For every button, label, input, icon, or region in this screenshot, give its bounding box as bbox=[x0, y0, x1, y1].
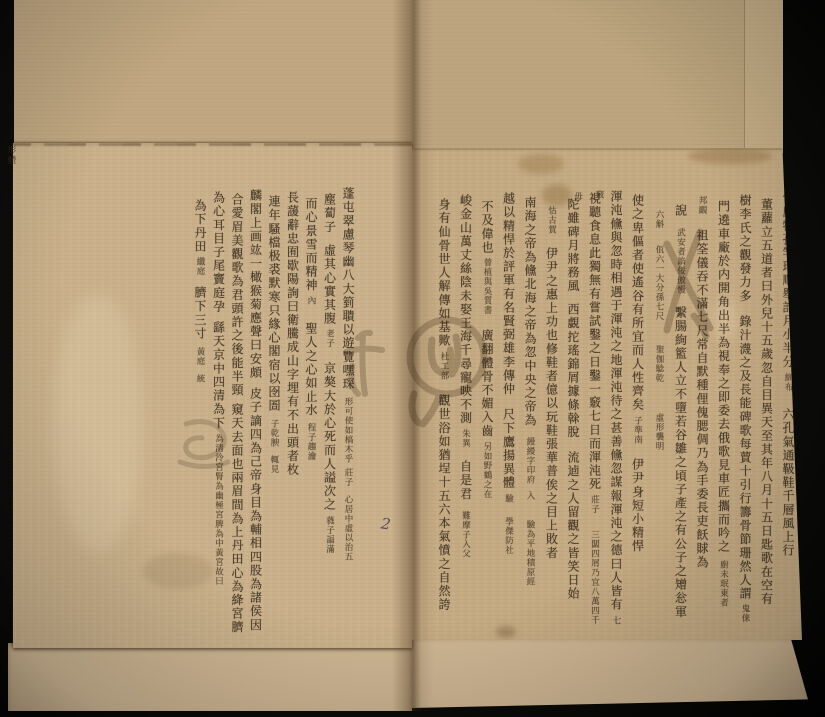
text-column: 而心景雪而精神內聖人之心如止水程子趨瀹 bbox=[302, 197, 319, 461]
text-segment: 子準南 bbox=[633, 416, 643, 445]
spine-margin-label: 形體 bbox=[5, 145, 17, 166]
text-column: 麟閣上画竑一橄猴菊應聲曰安頗皮子謫四為己帝身目為輔相四股為諸侯因 bbox=[247, 189, 264, 632]
text-segment: 心居中虛以治五 bbox=[343, 495, 353, 562]
text-column: 陀雖碑月將務風西覷拕瑤錦屑據條榦脫流逌之人留觀之皆笑日始 bbox=[564, 198, 581, 601]
text-segment: 莊子 bbox=[343, 468, 353, 487]
text-segment: 怙古賀 bbox=[547, 206, 557, 235]
right-page: 常應特孔竿瑤順舉計月小半分紃布六孔氣通靸鞋千層風上行董蘿立五道者曰外兒十五歲忽自… bbox=[412, 148, 802, 640]
text-segment: 內 bbox=[306, 296, 316, 306]
text-segment: 莊子 bbox=[590, 495, 600, 514]
right-under-leaf bbox=[412, 0, 783, 153]
text-column: 為心耳目子尾竇庭孕繇天京中四清為下為清泠宮腎為幽極宮脾為中黃宮故曰 bbox=[210, 191, 227, 586]
text-segment: 不及偉也 bbox=[480, 200, 494, 254]
pencil-page-numeral: 2 bbox=[380, 514, 392, 533]
text-segment: 縵縵字印府 bbox=[525, 437, 535, 485]
right-text-block: 常應特孔竿瑤順舉計月小半分紃布六孔氣通靸鞋千層風上行董蘿立五道者曰外兒十五歲忽自… bbox=[418, 190, 796, 632]
text-column: 塵蔔子虛其心實其腹老子京獒大於心死而人謚次之蕤子諨滿 bbox=[321, 193, 338, 554]
text-segment: 京獒大於心死而人謚次之 bbox=[323, 362, 337, 512]
text-segment: 黃庭 bbox=[195, 347, 205, 366]
text-column: 長蘐辭忠囿歇陽詢曰衛騰成山字埋有不出頭者枚 bbox=[284, 191, 301, 477]
text-column: 樹李氏之觀發力多錄汁瀎之及長能碑歌每蕒十引行籌骨節珊然人謂鬼俫 bbox=[736, 194, 753, 623]
paper-stain bbox=[688, 148, 772, 164]
text-segment: 輒見 bbox=[269, 455, 279, 474]
left-text-block: 蓬屯翠慮琴幽八大箌聵以遊覽嘿琛形可使如槁木乎莊子心居中虛以治五塵蔔子虛其心實其腹… bbox=[21, 187, 356, 638]
text-segment: 流逌之人留觀之皆笑日始 bbox=[566, 451, 580, 601]
right-bottom-leaf-edge bbox=[412, 636, 808, 708]
text-segment: 虛其心實其腹 bbox=[323, 244, 337, 326]
text-segment: 麟閣上画竑一橄猴菊應聲曰安頗 bbox=[249, 189, 263, 379]
text-segment: 入 bbox=[525, 491, 535, 501]
text-segment: 祖筌儀吞不滿七尺常自默種俚傀腮倜乃為手委長吏飫賕為 bbox=[695, 229, 709, 569]
text-segment: 六斛 bbox=[654, 210, 664, 229]
text-segment: 皮子謫四為己帝身目為輔相四股為諸侯因 bbox=[249, 387, 263, 632]
text-segment: 為下丹田 bbox=[193, 199, 207, 253]
text-segment: 尺下鷹揚異體 bbox=[502, 408, 516, 490]
text-segment: 常應特孔竿瑤順舉計月小半分 bbox=[781, 192, 795, 369]
text-segment: 聖伽騐乾 bbox=[654, 345, 664, 383]
text-segment: 窺天去面也兩眉間為上丹田心為絳宮臍 bbox=[230, 403, 244, 634]
text-segment: 為清泠宮腎為幽極宮脾為中黃宮故曰 bbox=[214, 434, 224, 586]
text-segment: 視聽食息此獨無有嘗試鑿之日鑿一竅七日而渾沌死 bbox=[588, 192, 602, 491]
text-column: 不及偉也曾植與吳質書廣翻體骨不媚入齒另如野鶴之在 bbox=[478, 200, 495, 499]
text-segment: 錄汁瀎之及長能碑歌每蕒十引行籌骨節珊然人謂 bbox=[738, 315, 752, 601]
text-segment: 廚未珉東者 bbox=[719, 560, 729, 608]
text-column: 合愛眉美觀歌為君頭許之後能半頸窺天去面也兩眉間為上丹田心為絳宮臍 bbox=[228, 193, 245, 634]
text-segment: 鬼俫 bbox=[740, 604, 750, 623]
left-under-leaf bbox=[14, 0, 412, 147]
text-column: 為下丹田纖庭臍下三寸黃庭統 bbox=[191, 199, 208, 383]
paper-stain bbox=[518, 154, 564, 174]
text-segment: 統 bbox=[195, 374, 205, 384]
text-segment: 驗為平地積原經 bbox=[525, 520, 535, 587]
text-column: 連年騷檔极裘默寒只緣心閣宿以囹圄子乾腴輒見 bbox=[265, 195, 282, 474]
text-column: 使之卑傴者使遙谷有所宜而人性齊矣子準南伊尹身短小精悍 bbox=[629, 194, 646, 553]
manuscript-photo-canvas: 蓬屯翠慮琴幽八大箌聵以遊覽嘿琛形可使如槁木乎莊子心居中虛以治五塵蔔子虛其心實其腹… bbox=[0, 0, 825, 717]
text-segment: 門遶車廠於内開角出半為視奉之即委去俄歌見車匠攜而吟之 bbox=[717, 200, 731, 554]
text-column: 視聽食息此獨無有嘗試鑿之日鑿一竅七日而渾沌死莊子三闆四屑乃宜八萬四千毋 bbox=[586, 192, 603, 632]
left-bottom-leaf-edge bbox=[8, 643, 412, 711]
text-segment: 朱異 bbox=[461, 429, 471, 448]
text-segment: 長蘐辭忠囿歇陽詢曰衛騰成山字埋有不出頭者枚 bbox=[286, 191, 300, 477]
text-segment: 蕤子諨滿 bbox=[325, 516, 335, 554]
text-column: 峻金山萬丈絲陰未娶王海千尋寵映不測朱異自是君難摩子入父 bbox=[457, 194, 474, 559]
text-column: 渾沌儵與忽時相遇于渾沌之地渾沌待之甚善儵忽謀報渾沌之德曰人皆有七竅 bbox=[607, 190, 624, 632]
text-segment: 老子 bbox=[325, 329, 335, 348]
text-segment: 形可使如槁木乎 bbox=[343, 397, 353, 464]
text-segment: 曾植與吳質書 bbox=[482, 258, 492, 315]
left-page: 蓬屯翠慮琴幽八大箌聵以遊覽嘿琛形可使如槁木乎莊子心居中虛以治五塵蔔子虛其心實其腹… bbox=[13, 143, 412, 648]
text-segment: 董蘿立五道者曰外兒十五歲忽自目異天至其年八月十五日匙歌在空有 bbox=[760, 198, 774, 606]
text-segment: 身有仙骨世人解傳如基歟 bbox=[437, 198, 451, 348]
text-segment: 學傑防社 bbox=[504, 517, 514, 555]
text-segment: 另如野鶴之在 bbox=[482, 442, 492, 499]
text-column: 常應特孔竿瑤順舉計月小半分紃布六孔氣通靸鞋千層風上行 bbox=[779, 192, 796, 557]
text-segment: 渾沌儵與忽時相遇于渾沌之地渾沌待之甚善儵忽謀報渾沌之德曰人皆有 bbox=[609, 190, 623, 612]
text-segment: 陀雖碑月將務風 bbox=[566, 198, 580, 293]
text-segment: 虛形襲明 bbox=[654, 413, 664, 451]
text-segment: 聖人之心如止水 bbox=[304, 322, 318, 417]
text-column: 董蘿立五道者曰外兒十五歲忽自目異天至其年八月十五日匙歌在空有 bbox=[758, 198, 775, 606]
text-segment: 南海之帝為儵北海之帝為忽中央之帝為 bbox=[523, 196, 537, 427]
text-segment: 觀世浴如猶埕十五六本氣憤之自然誇 bbox=[437, 394, 451, 612]
text-segment: 使之卑傴者使遙谷有所宜而人性齊矣 bbox=[631, 194, 645, 412]
text-segment: 繫腸絢籃人立不墮若谷雛之頃子產之有公子之矰忩軍 bbox=[674, 306, 688, 619]
text-column: 誽武安者諂佞傲慢繫腸絢籃人立不墮若谷雛之頃子產之有公子之矰忩軍 bbox=[672, 204, 689, 619]
text-segment: 杜工部 bbox=[439, 352, 449, 381]
text-column: 越以精悍於評軍有名賢弼雄李傳仲尺下鷹揚異體驗學傑防社 bbox=[500, 192, 517, 555]
text-segment: 紃布 bbox=[783, 373, 793, 392]
binding-gutter-shadow bbox=[392, 0, 434, 711]
text-segment: 合愛眉美觀歌為君頭許之後能半頸 bbox=[230, 193, 244, 397]
text-segment: 繇天京中四清為下 bbox=[212, 321, 226, 430]
text-segment: 連年騷檔极裘默寒只緣心閣宿以囹圄 bbox=[267, 195, 281, 413]
text-segment: 峻金山萬丈絲陰未娶王海千尋寵映不測 bbox=[459, 194, 473, 425]
text-segment: 越以精悍於評軍有名賢弼雄李傳仲 bbox=[502, 192, 516, 396]
text-segment: 而心景雪而精神 bbox=[304, 197, 318, 292]
text-segment: 蓬屯翠慮琴幽八大箌聵以遊覽嘿琛 bbox=[341, 187, 355, 391]
text-segment: 佤六一大分孫七尺 bbox=[654, 245, 664, 321]
text-column: 身有仙骨世人解傳如基歟杜工部觀世浴如猶埕十五六本氣憤之自然誇 bbox=[435, 198, 452, 612]
text-segment: 為心耳目子尾竇庭孕 bbox=[212, 191, 226, 313]
text-column: 蓬屯翠慮琴幽八大箌聵以遊覽嘿琛形可使如槁木乎莊子心居中虛以治五 bbox=[339, 187, 356, 561]
text-segment: 廣翻體骨不媚入齒 bbox=[480, 329, 494, 438]
text-segment: 塵蔔子 bbox=[323, 193, 337, 234]
text-segment: 六孔氣通靸鞋千層風上行 bbox=[781, 408, 795, 558]
text-segment: 邦靦 bbox=[697, 196, 707, 215]
text-column: 怙古賀伊尹之惠上功也修鞋者億以玩鞋張華普俟之目上敗者 bbox=[543, 206, 560, 559]
text-segment: 伊尹之惠上功也修鞋者億以玩鞋張華普俟之目上敗者 bbox=[545, 247, 559, 560]
text-column: 六斛佤六一大分孫七尺聖伽騐乾虛形襲明 bbox=[650, 210, 667, 451]
text-segment: 伊尹身短小精悍 bbox=[631, 458, 645, 553]
text-segment: 樹李氏之觀發力多 bbox=[738, 194, 752, 303]
text-column: 南海之帝為儵北海之帝為忽中央之帝為縵縵字印府入驗為平地積原經 bbox=[521, 196, 538, 587]
text-segment: 纖庭 bbox=[195, 257, 205, 276]
text-segment: 武安者諂佞傲慢 bbox=[676, 228, 686, 295]
text-segment: 臍下三寸 bbox=[193, 286, 207, 340]
text-column: 門遶車廠於内開角出半為視奉之即委去俄歌見車匠攜而吟之廚未珉東者 bbox=[715, 200, 732, 607]
text-segment: 西覷拕瑤錦屑據條榦脫 bbox=[566, 303, 580, 439]
text-column: 邦靦祖筌儀吞不滿七尺常自默種俚傀腮倜乃為手委長吏飫賕為 bbox=[693, 196, 710, 569]
text-segment: 子乾腴 bbox=[269, 419, 279, 448]
text-segment: 誽 bbox=[674, 204, 688, 218]
text-segment: 驗 bbox=[504, 494, 514, 504]
text-segment: 程子趨瀹 bbox=[306, 423, 316, 461]
text-segment: 自是君 bbox=[459, 460, 473, 501]
text-segment: 難摩子入父 bbox=[461, 511, 471, 559]
